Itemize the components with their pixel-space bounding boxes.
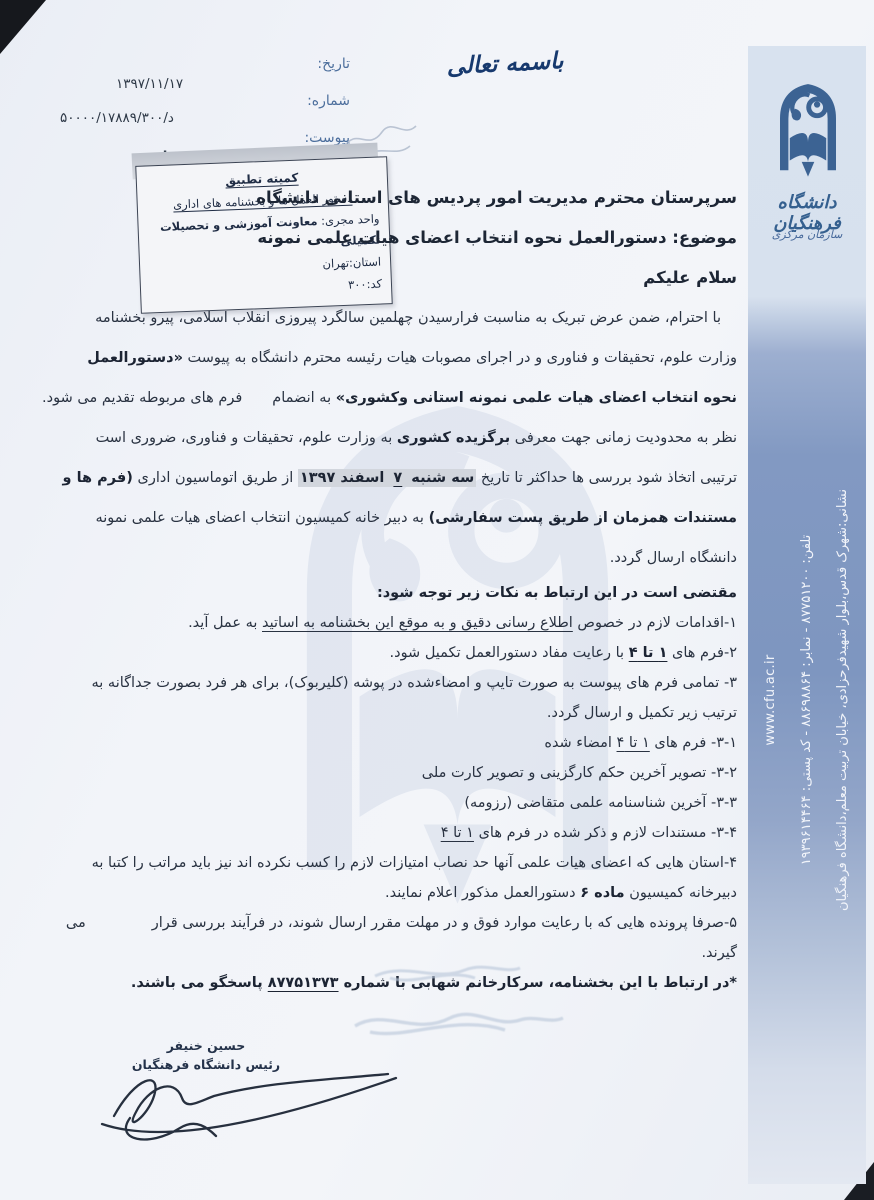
date-label: تاریخ: bbox=[300, 56, 350, 72]
line-segment: ماده ۶ bbox=[580, 885, 624, 901]
scanned-letter-page: { "colors":{"brand_blue":"#3c6393","band… bbox=[0, 0, 874, 1200]
date-value: ۱۳۹۷/۱۱/۱۷ bbox=[116, 76, 183, 92]
band-website: www.cfu.ac.ir bbox=[753, 330, 789, 1070]
letter-line: ۴-استان هایی که اعضای هیات علمی آنها حد … bbox=[100, 848, 737, 878]
line-gap bbox=[86, 926, 152, 927]
line-segment: سرپرستان محترم مدیریت امور پردیس های است… bbox=[256, 188, 737, 207]
letter-line: با احترام، ضمن عرض تبریک به مناسبت فرارس… bbox=[100, 298, 737, 338]
line-segment: اسفند ۱۳۹۷ bbox=[298, 469, 391, 487]
line-segment: می bbox=[66, 915, 86, 931]
line-segment: ۳-۱- فرم های bbox=[650, 735, 737, 751]
letter-line: ۳-۲- تصویر آخرین حکم کارگزینی و تصویر کا… bbox=[100, 758, 737, 788]
line-segment: با رعایت مفاد دستورالعمل تکمیل شود. bbox=[390, 645, 629, 661]
letter-body: سرپرستان محترم مدیریت امور پردیس های است… bbox=[100, 178, 737, 998]
line-segment: پاسخگو می باشند. bbox=[131, 975, 268, 991]
band-address: نشانی:شهرک قدس،بلوار شهیدفرحزادی، خیابان… bbox=[825, 330, 861, 1070]
line-segment: به دبیر خانه کمیسیون انتخاب اعضای هیات ع… bbox=[95, 510, 428, 526]
line-segment: ۱-اقدامات لازم در خصوص bbox=[573, 615, 737, 631]
line-segment: امضاء شده bbox=[544, 735, 616, 751]
line-segment: برگزیده کشوری bbox=[397, 430, 510, 446]
letter-line: دانشگاه ارسال گردد. bbox=[100, 538, 737, 578]
letter-line: سرپرستان محترم مدیریت امور پردیس های است… bbox=[100, 178, 737, 218]
number-label: شماره: bbox=[294, 93, 350, 109]
line-segment: مقتضی است در این ارتباط به نکات زیر توجه… bbox=[377, 585, 737, 601]
letter-line: ۳-۴- مستندات لازم و ذکر شده در فرم های ۱… bbox=[100, 818, 737, 848]
line-segment: ۱ تا ۴ bbox=[441, 825, 474, 841]
line-segment: از طریق اتوماسیون اداری bbox=[133, 470, 298, 486]
line-segment: دبیرخانه کمیسیون bbox=[625, 885, 737, 901]
line-segment: ۳-۲- تصویر آخرین حکم کارگزینی و تصویر کا… bbox=[422, 765, 737, 781]
line-segment: ۱ تا ۴ bbox=[629, 645, 668, 661]
letter-line: موضوع: دستورالعمل نحوه انتخاب اعضای هیات… bbox=[100, 218, 737, 258]
line-segment: ۷ bbox=[391, 469, 404, 487]
line-segment: ۱ تا ۴ bbox=[617, 735, 650, 751]
letter-line: ۱-اقدامات لازم در خصوص اطلاع رسانی دقیق … bbox=[100, 608, 737, 638]
line-segment: فرم های مربوطه تقدیم می شود. bbox=[42, 390, 242, 406]
letter-line: سلام علیکم bbox=[100, 258, 737, 298]
band-contact-block: www.cfu.ac.ir تلفن: ۸۷۷۵۱۲۰۰ - نمابر: ۸۸… bbox=[752, 330, 862, 1070]
letter-line: ترتیب زیر تکمیل و ارسال گردد. bbox=[100, 698, 737, 728]
university-logo bbox=[766, 70, 850, 188]
line-segment: «دستورالعمل bbox=[87, 350, 183, 366]
letter-line: دبیرخانه کمیسیون ماده ۶ دستورالعمل مذکور… bbox=[100, 878, 737, 908]
line-segment: ۸۷۷۵۱۳۷۳ bbox=[268, 975, 339, 991]
line-segment: نحوه انتخاب اعضای هیات علمی نمونه استانی… bbox=[336, 390, 737, 406]
line-segment: ۵-صرفا پرونده هایی که با رعایت موارد فوق… bbox=[152, 915, 737, 931]
letter-line: ترتیبی اتخاذ شود بررسی ها حداکثر تا تاری… bbox=[100, 458, 737, 498]
line-segment: سه شنبه bbox=[404, 469, 476, 487]
letter-line: مستندات همزمان از طریق پست سفارشی) به دب… bbox=[100, 498, 737, 538]
line-segment: ۳-۳- آخرین شناسنامه علمی متقاضی (رزومه) bbox=[464, 795, 737, 811]
line-segment: اطلاع رسانی دقیق و به موقع این بخشنامه ب… bbox=[262, 615, 573, 631]
line-segment: با احترام، ضمن عرض تبریک به مناسبت فرارس… bbox=[95, 310, 721, 326]
university-subtitle: سازمان مرکزی bbox=[748, 228, 866, 241]
line-gap bbox=[242, 401, 272, 402]
line-segment: سلام علیکم bbox=[643, 268, 737, 287]
line-segment: دانشگاه ارسال گردد. bbox=[610, 550, 737, 566]
letter-line: ۳- تمامی فرم های پیوست به صورت تایپ و ام… bbox=[100, 668, 737, 698]
band-phone: تلفن: ۸۷۷۵۱۲۰۰ - نمابر: ۸۸۶۹۸۸۶۴ - کد پس… bbox=[789, 330, 825, 1070]
letter-line: ۳-۳- آخرین شناسنامه علمی متقاضی (رزومه) bbox=[100, 788, 737, 818]
letter-line: مقتضی است در این ارتباط به نکات زیر توجه… bbox=[100, 578, 737, 608]
scan-corner-topleft bbox=[0, 0, 46, 54]
line-segment: مستندات همزمان از طریق پست سفارشی) bbox=[429, 510, 737, 526]
line-segment: به انضمام bbox=[272, 390, 335, 406]
besmele-calligraphy: باسمه تعالی bbox=[419, 46, 590, 82]
line-segment: ترتیب زیر تکمیل و ارسال گردد. bbox=[547, 705, 737, 721]
line-segment: ۴-استان هایی که اعضای هیات علمی آنها حد … bbox=[92, 855, 737, 871]
letter-line: ۳-۱- فرم های ۱ تا ۴ امضاء شده bbox=[100, 728, 737, 758]
line-segment: دستورالعمل مذکور اعلام نمایند. bbox=[385, 885, 580, 901]
line-segment: نظر به محدودیت زمانی جهت معرفی bbox=[510, 430, 737, 446]
letter-line: نحوه انتخاب اعضای هیات علمی نمونه استانی… bbox=[100, 378, 737, 418]
line-segment: ۳- تمامی فرم های پیوست به صورت تایپ و ام… bbox=[92, 675, 738, 691]
signature-scribble bbox=[96, 1058, 406, 1148]
number-value: د/۵۰۰۰۰/۱۷۸۸۹/۳۰۰ bbox=[60, 110, 174, 126]
line-segment: ترتیبی اتخاذ شود بررسی ها حداکثر تا تاری… bbox=[476, 470, 737, 486]
line-segment: (فرم ها و bbox=[63, 470, 133, 486]
letter-line: ۲-فرم های ۱ تا ۴ با رعایت مفاد دستورالعم… bbox=[100, 638, 737, 668]
letter-line: نظر به محدودیت زمانی جهت معرفی برگزیده ک… bbox=[100, 418, 737, 458]
letter-line: وزارت علوم، تحقیقات و فناوری و در اجرای … bbox=[100, 338, 737, 378]
line-segment: موضوع: دستورالعمل نحوه انتخاب اعضای هیات… bbox=[257, 228, 737, 247]
signatory-name: حسین خنیفر bbox=[118, 1036, 294, 1055]
line-segment: ۳-۴- مستندات لازم و ذکر شده در فرم های bbox=[474, 825, 737, 841]
letter-line: ۵-صرفا پرونده هایی که با رعایت موارد فوق… bbox=[100, 908, 737, 938]
line-segment: ۲-فرم های bbox=[667, 645, 737, 661]
stamp-smudge bbox=[335, 948, 605, 1063]
line-segment: وزارت علوم، تحقیقات و فناوری و در اجرای … bbox=[183, 350, 737, 366]
line-segment: به عمل آید. bbox=[188, 615, 262, 631]
line-segment: به وزارت علوم، تحقیقات و فناوری، ضروری ا… bbox=[96, 430, 397, 446]
line-segment: گیرند. bbox=[701, 945, 737, 961]
